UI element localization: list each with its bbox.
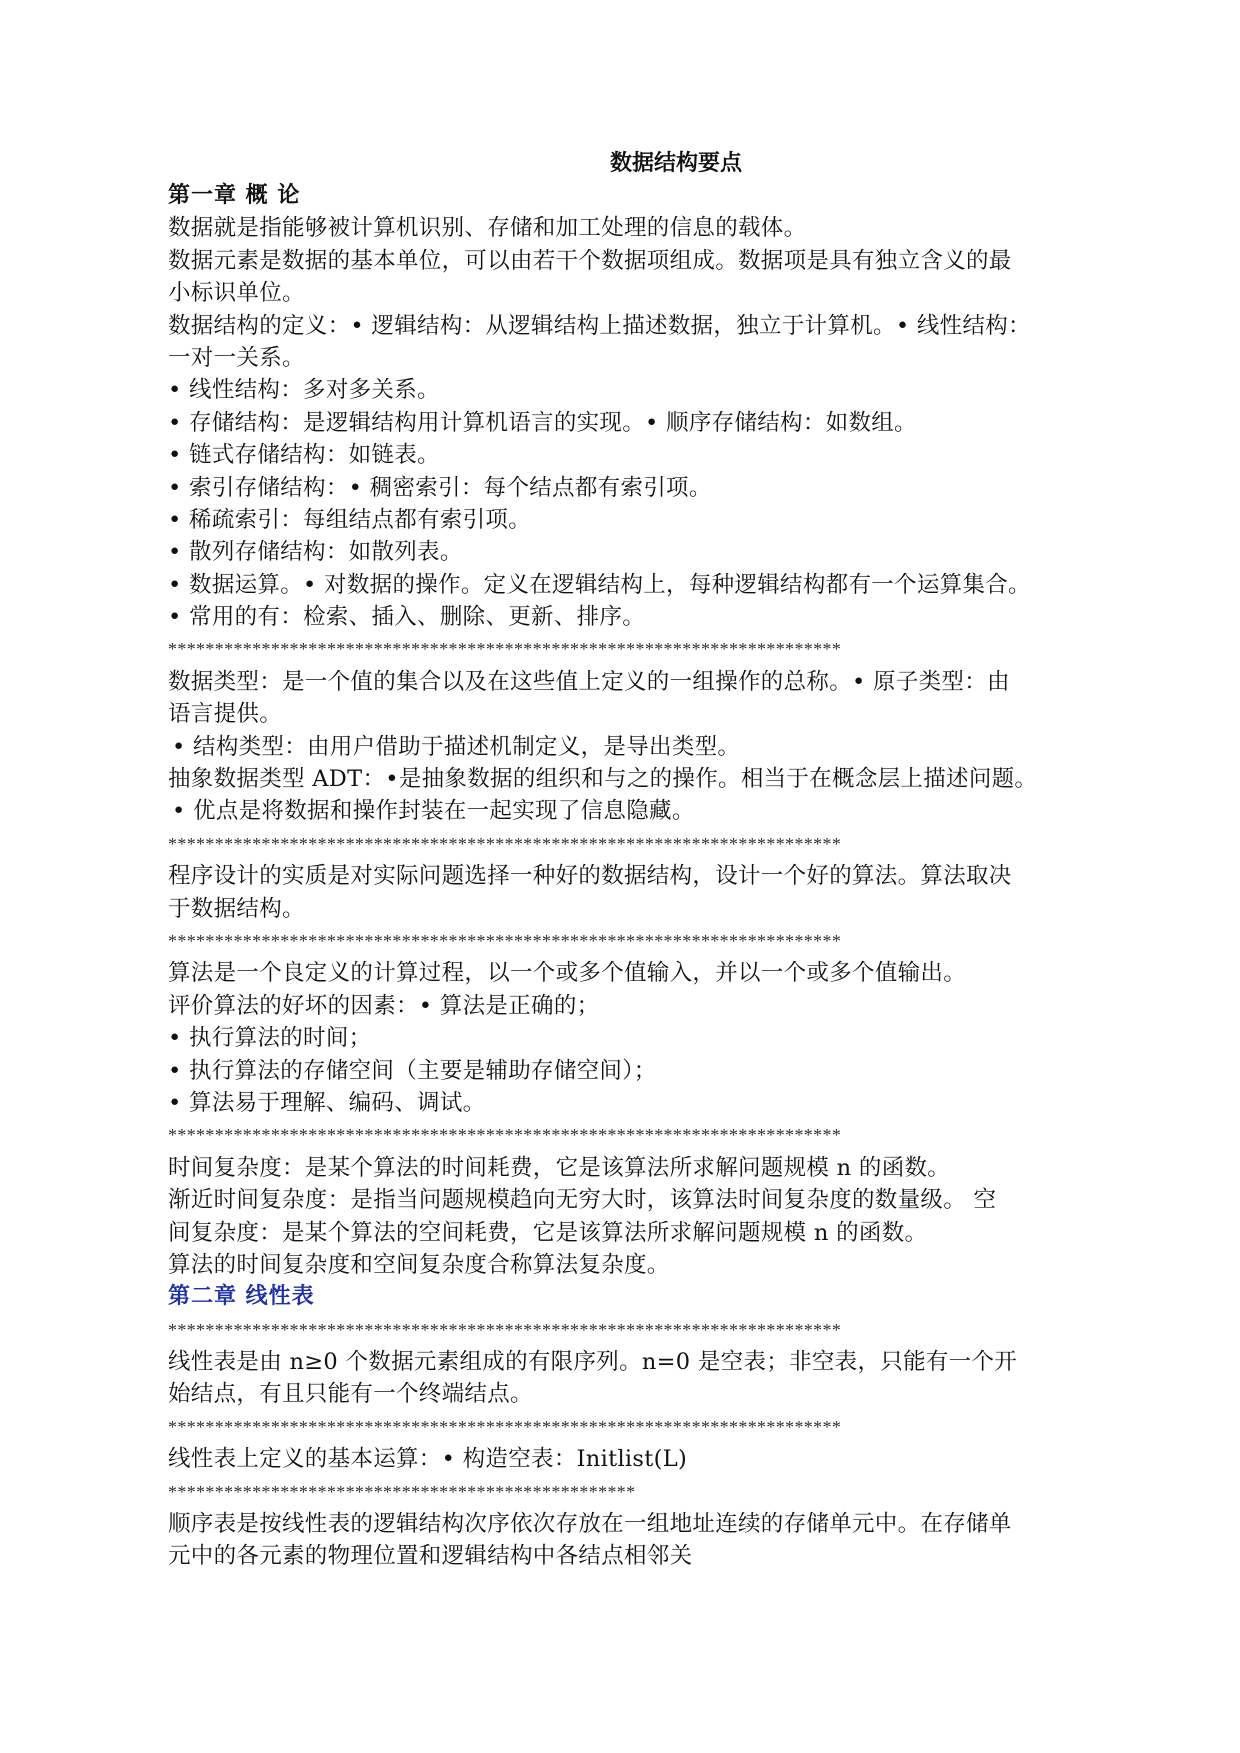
chapter2-heading: 第二章 线性表 <box>168 1281 1088 1313</box>
bullet-line: • 执行算法的时间； <box>168 1022 1088 1054</box>
program-section: 程序设计的实质是对实际问题选择一种好的数据结构，设计一个好的算法。算法取决 于数… <box>168 860 1088 925</box>
paragraph-line: 抽象数据类型 ADT：•是抽象数据的组织和与之的操作。相当于在概念层上描述问题。 <box>168 763 1088 795</box>
paragraph-line: 间复杂度：是某个算法的空间耗费，它是该算法所求解问题规模 n 的函数。 <box>168 1217 1088 1249</box>
paragraph-line: 元中的各元素的物理位置和逻辑结构中各结点相邻关 <box>168 1540 1088 1572</box>
bullet-line: • 索引存储结构：• 稠密索引：每个结点都有索引项。 <box>168 472 1088 504</box>
document-body: 第一章 概 论 数据就是指能够被计算机识别、存储和加工处理的信息的载体。 数据元… <box>168 180 1088 1573</box>
bullet-line: • 线性结构：多对多关系。 <box>168 374 1088 406</box>
bullet-line: • 结构类型：由用户借助于描述机制定义，是导出类型。 <box>168 731 1088 763</box>
paragraph-line: 于数据结构。 <box>168 893 1088 925</box>
bullet-line: • 存储结构：是逻辑结构用计算机语言的实现。• 顺序存储结构：如数组。 <box>168 407 1088 439</box>
paragraph-line: 语言提供。 <box>168 698 1088 730</box>
paragraph-line: 算法的时间复杂度和空间复杂度合称算法复杂度。 <box>168 1249 1088 1281</box>
paragraph-line: 渐近时间复杂度：是指当问题规模趋向无穷大时，该算法时间复杂度的数量级。 空 <box>168 1184 1088 1216</box>
paragraph-line: 顺序表是按线性表的逻辑结构次序依次存放在一组地址连续的存储单元中。在存储单 <box>168 1508 1088 1540</box>
separator-stars: ****************************************… <box>168 828 1088 860</box>
bullet-line: • 执行算法的存储空间（主要是辅助存储空间）； <box>168 1055 1088 1087</box>
paragraph-line: 线性表是由 n≥0 个数据元素组成的有限序列。n=0 是空表；非空表，只能有一个… <box>168 1346 1088 1378</box>
datatype-section: 数据类型：是一个值的集合以及在这些值上定义的一组操作的总称。• 原子类型：由 语… <box>168 666 1088 828</box>
separator-stars: ****************************************… <box>168 1314 1088 1346</box>
paragraph-line: 数据元素是数据的基本单位，可以由若干个数据项组成。数据项是具有独立含义的最 <box>168 245 1088 277</box>
bullet-line: • 散列存储结构：如散列表。 <box>168 536 1088 568</box>
complexity-section: 时间复杂度：是某个算法的时间耗费，它是该算法所求解问题规模 n 的函数。 渐近时… <box>168 1152 1088 1282</box>
paragraph-line: 始结点，有且只能有一个终端结点。 <box>168 1378 1088 1410</box>
bullet-line: • 算法易于理解、编码、调试。 <box>168 1087 1088 1119</box>
separator-stars-short: ****************************************… <box>168 1476 1088 1508</box>
linear-list-section: 线性表是由 n≥0 个数据元素组成的有限序列。n=0 是空表；非空表，只能有一个… <box>168 1346 1088 1411</box>
paragraph-line: 评价算法的好坏的因素：• 算法是正确的； <box>168 990 1088 1022</box>
bullet-line: • 数据运算。• 对数据的操作。定义在逻辑结构上，每种逻辑结构都有一个运算集合。 <box>168 569 1088 601</box>
paragraph-line: 线性表上定义的基本运算：• 构造空表：Initlist(L) <box>168 1443 1088 1475</box>
paragraph-line: 时间复杂度：是某个算法的时间耗费，它是该算法所求解问题规模 n 的函数。 <box>168 1152 1088 1184</box>
separator-stars: ****************************************… <box>168 633 1088 665</box>
paragraph-line: 算法是一个良定义的计算过程，以一个或多个值输入，并以一个或多个值输出。 <box>168 957 1088 989</box>
chapter1-intro: 数据就是指能够被计算机识别、存储和加工处理的信息的载体。 数据元素是数据的基本单… <box>168 212 1088 633</box>
bullet-line: • 链式存储结构：如链表。 <box>168 439 1088 471</box>
paragraph-line: 程序设计的实质是对实际问题选择一种好的数据结构，设计一个好的算法。算法取决 <box>168 860 1088 892</box>
document-title: 数据结构要点 <box>610 148 742 180</box>
paragraph-line: 数据类型：是一个值的集合以及在这些值上定义的一组操作的总称。• 原子类型：由 <box>168 666 1088 698</box>
separator-stars: ****************************************… <box>168 1411 1088 1443</box>
separator-stars: ****************************************… <box>168 925 1088 957</box>
bullet-line: • 优点是将数据和操作封装在一起实现了信息隐藏。 <box>168 795 1088 827</box>
bullet-line: • 稀疏索引：每组结点都有索引项。 <box>168 504 1088 536</box>
chapter1-heading: 第一章 概 论 <box>168 180 1088 212</box>
algorithm-section: 算法是一个良定义的计算过程，以一个或多个值输入，并以一个或多个值输出。 评价算法… <box>168 957 1088 1119</box>
paragraph-line: 一对一关系。 <box>168 342 1088 374</box>
sequential-list-section: 顺序表是按线性表的逻辑结构次序依次存放在一组地址连续的存储单元中。在存储单 元中… <box>168 1508 1088 1573</box>
bullet-line: • 常用的有：检索、插入、删除、更新、排序。 <box>168 601 1088 633</box>
paragraph-line: 数据就是指能够被计算机识别、存储和加工处理的信息的载体。 <box>168 212 1088 244</box>
paragraph-line: 小标识单位。 <box>168 277 1088 309</box>
paragraph-line: 数据结构的定义：• 逻辑结构：从逻辑结构上描述数据，独立于计算机。• 线性结构： <box>168 310 1088 342</box>
separator-stars: ****************************************… <box>168 1119 1088 1151</box>
